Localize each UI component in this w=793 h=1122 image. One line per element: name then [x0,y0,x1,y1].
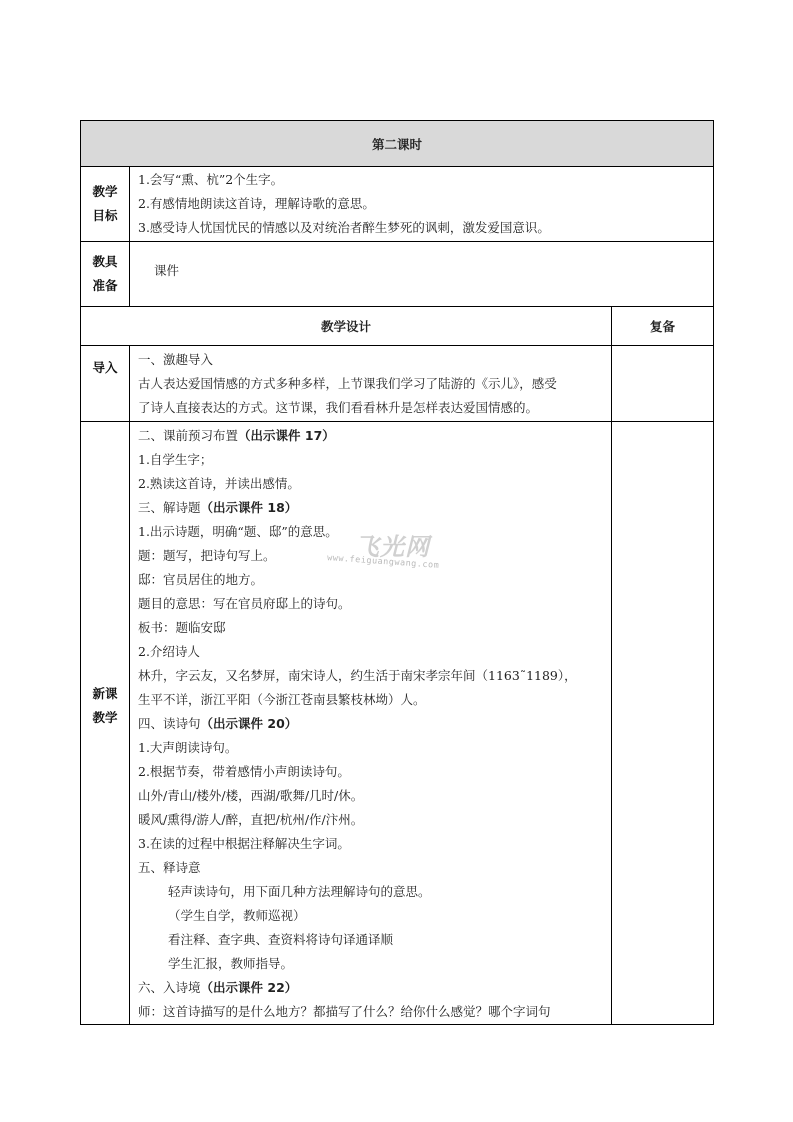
lesson-line: 1.出示诗题，明确“题、邸”的意思。 [138,520,605,544]
lesson-line: 二、课前预习布置（出示课件 17） [138,424,605,448]
lesson-title: 第二课时 [81,121,714,167]
lesson-line: 三、解诗题（出示课件 18） [138,496,605,520]
lesson-line: （学生自学，教师巡视） [138,904,605,928]
lesson-line: 山外/青山/楼外/楼，西湖/歌舞/几时/休。 [138,784,605,808]
materials-content: 课件 [130,242,714,307]
lesson-line: 板书：题临安邸 [138,616,605,640]
objectives-label: 教学 目标 [81,167,130,242]
lesson-plan-table: 第二课时 教学 目标 1.会写“熏、杭”2个生字。 2.有感情地朗读这首诗，理解… [80,120,714,1025]
lesson-line: 暖风/熏得/游人/醉，直把/杭州/作/汴州。 [138,808,605,832]
objective-item: 2.有感情地朗读这首诗，理解诗歌的意思。 [138,192,707,216]
objectives-content: 1.会写“熏、杭”2个生字。 2.有感情地朗读这首诗，理解诗歌的意思。 3.感受… [130,167,714,242]
lesson-line: 题：题写，把诗句写上。 [138,544,605,568]
intro-review-cell [612,346,714,422]
lesson-title-row: 第二课时 [81,121,714,167]
materials-label: 教具 准备 [81,242,130,307]
design-header: 教学设计 [81,307,612,346]
new-lesson-label: 新课 教学 [81,422,130,1025]
lesson-line: 邸：官员居住的地方。 [138,568,605,592]
materials-value: 课件 [154,263,179,278]
new-lesson-row: 新课 教学 二、课前预习布置（出示课件 17）1.自学生字；2.熟读这首诗，并读… [81,422,714,1025]
objectives-row: 教学 目标 1.会写“熏、杭”2个生字。 2.有感情地朗读这首诗，理解诗歌的意思… [81,167,714,242]
new-lesson-content: 二、课前预习布置（出示课件 17）1.自学生字；2.熟读这首诗，并读出感情。三、… [130,422,612,1025]
new-lesson-review-cell [612,422,714,1025]
intro-content: 一、激趣导入 古人表达爱国情感的方式多种多样，上节课我们学习了陆游的《示儿》，感… [130,346,612,422]
lesson-line: 2.熟读这首诗，并读出感情。 [138,472,605,496]
materials-row: 教具 准备 课件 [81,242,714,307]
lesson-line: 看注释、查字典、查资料将诗句译通译顺 [138,928,605,952]
objective-item: 3.感受诗人忧国忧民的情感以及对统治者醉生梦死的讽刺，激发爱国意识。 [138,216,707,240]
lesson-line: 1.大声朗读诗句。 [138,736,605,760]
lesson-line: 五、释诗意 [138,856,605,880]
lesson-line: 轻声读诗句，用下面几种方法理解诗句的意思。 [138,880,605,904]
objective-item: 1.会写“熏、杭”2个生字。 [138,168,707,192]
slide-reference: （出示课件 20） [201,716,298,731]
slide-reference: （出示课件 22） [201,980,298,995]
slide-reference: （出示课件 17） [238,428,335,443]
lesson-line: 1.自学生字； [138,448,605,472]
lesson-line: 2.介绍诗人 [138,640,605,664]
lesson-line: 林升，字云友，又名梦屏，南宋诗人，约生活于南宋孝宗年间（1163˜1189）， [138,664,605,688]
lesson-line: 生平不详，浙江平阳（今浙江苍南县繁枝林坳）人。 [138,688,605,712]
lesson-line: 六、入诗境（出示课件 22） [138,976,605,1000]
slide-reference: （出示课件 18） [201,500,298,515]
review-header: 复备 [612,307,714,346]
design-header-row: 教学设计 复备 [81,307,714,346]
lesson-line: 2.根据节奏，带着感情小声朗读诗句。 [138,760,605,784]
lesson-line: 学生汇报，教师指导。 [138,952,605,976]
intro-label: 导入 [81,346,130,422]
lesson-line: 题目的意思：写在官员府邸上的诗句。 [138,592,605,616]
lesson-line: 四、读诗句（出示课件 20） [138,712,605,736]
lesson-line: 师：这首诗描写的是什么地方？都描写了什么？给你什么感觉？哪个字词句 [138,1000,605,1024]
intro-row: 导入 一、激趣导入 古人表达爱国情感的方式多种多样，上节课我们学习了陆游的《示儿… [81,346,714,422]
lesson-line: 3.在读的过程中根据注释解决生字词。 [138,832,605,856]
